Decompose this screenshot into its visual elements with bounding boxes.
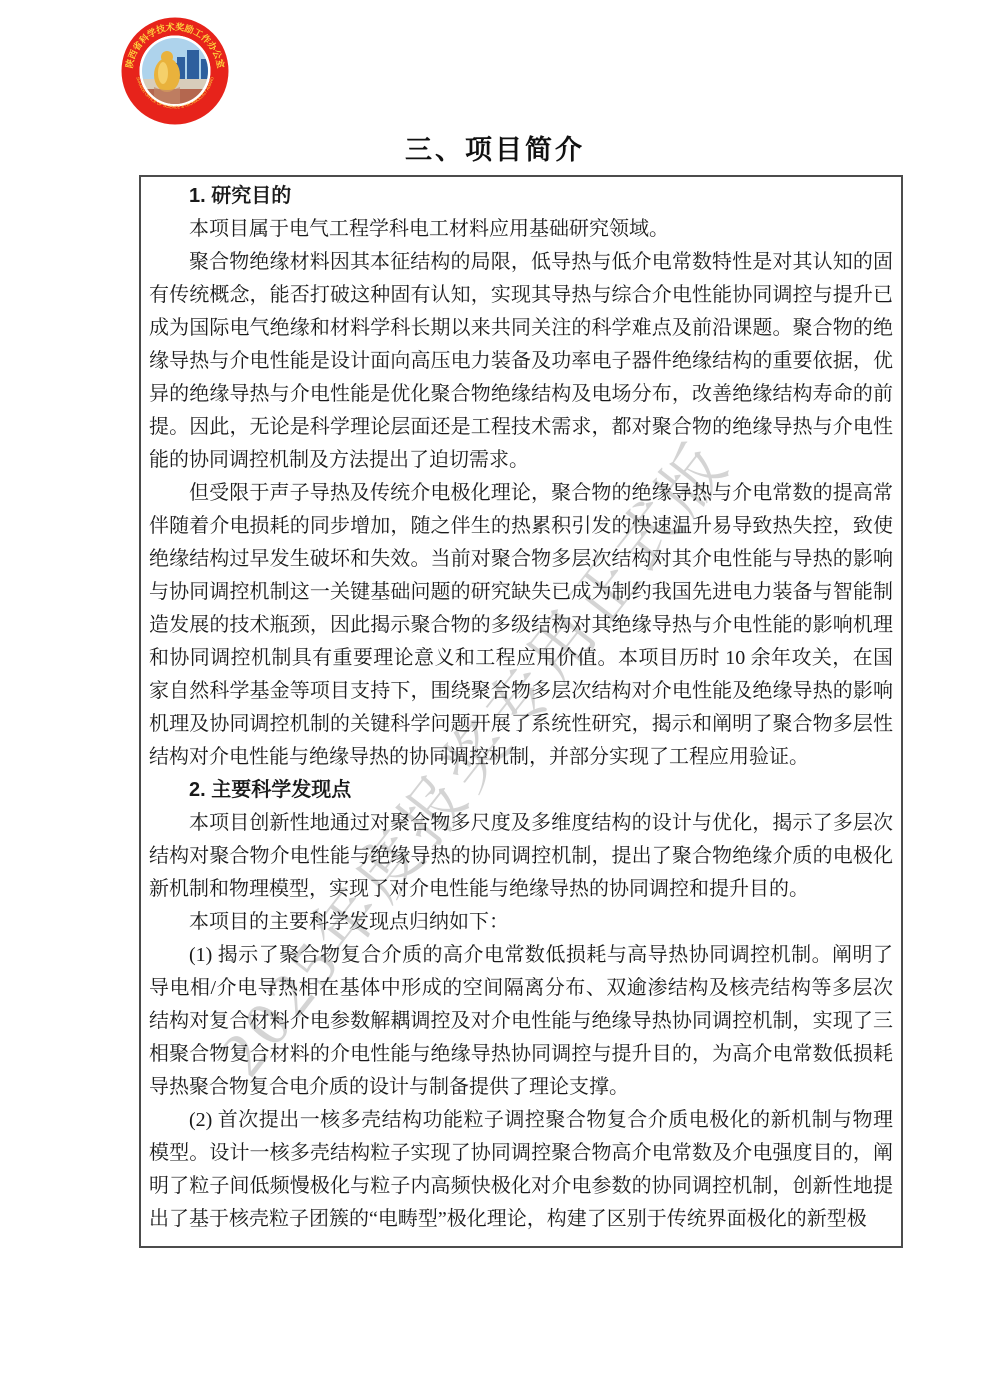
section-2-paragraph: 本项目的主要科学发现点归纳如下： xyxy=(149,906,893,939)
seal-center-photo xyxy=(142,38,208,104)
section-2-paragraph: (2) 首次提出一核多壳结构功能粒子调控聚合物复合介质电极化的新机制与物理模型。… xyxy=(149,1104,893,1236)
content-box: 1. 研究目的 本项目属于电气工程学科电工材料应用基础研究领域。 聚合物绝缘材料… xyxy=(139,175,903,1248)
section-2-paragraph: 本项目创新性地通过对聚合物多尺度及多维度结构的设计与优化，揭示了多层次结构对聚合… xyxy=(149,807,893,906)
section-2-heading: 2. 主要科学发现点 xyxy=(149,774,893,807)
org-seal-icon: 陕西省科学技术奖励工作办公室 SHAANXI OFFICE OF SCIENCE… xyxy=(121,17,229,125)
document-page: 2025年度报奖专用正式版 陕西省科学技术奖励工作办公室 SHAANXI OFF… xyxy=(0,0,990,1399)
section-1-paragraph: 聚合物绝缘材料因其本征结构的局限，低导热与低介电常数特性是对其认知的固有传统概念… xyxy=(149,246,893,477)
page-title: 三、项目简介 xyxy=(0,128,990,167)
section-1-paragraph: 但受限于声子导热及传统介电极化理论，聚合物的绝缘导热与介电常数的提高常伴随着介电… xyxy=(149,477,893,774)
section-1-paragraph: 本项目属于电气工程学科电工材料应用基础研究领域。 xyxy=(149,213,893,246)
section-1-heading: 1. 研究目的 xyxy=(149,180,893,213)
section-2-paragraph: (1) 揭示了聚合物复合介质的高介电常数低损耗与高导热协同调控机制。阐明了导电相… xyxy=(149,939,893,1104)
